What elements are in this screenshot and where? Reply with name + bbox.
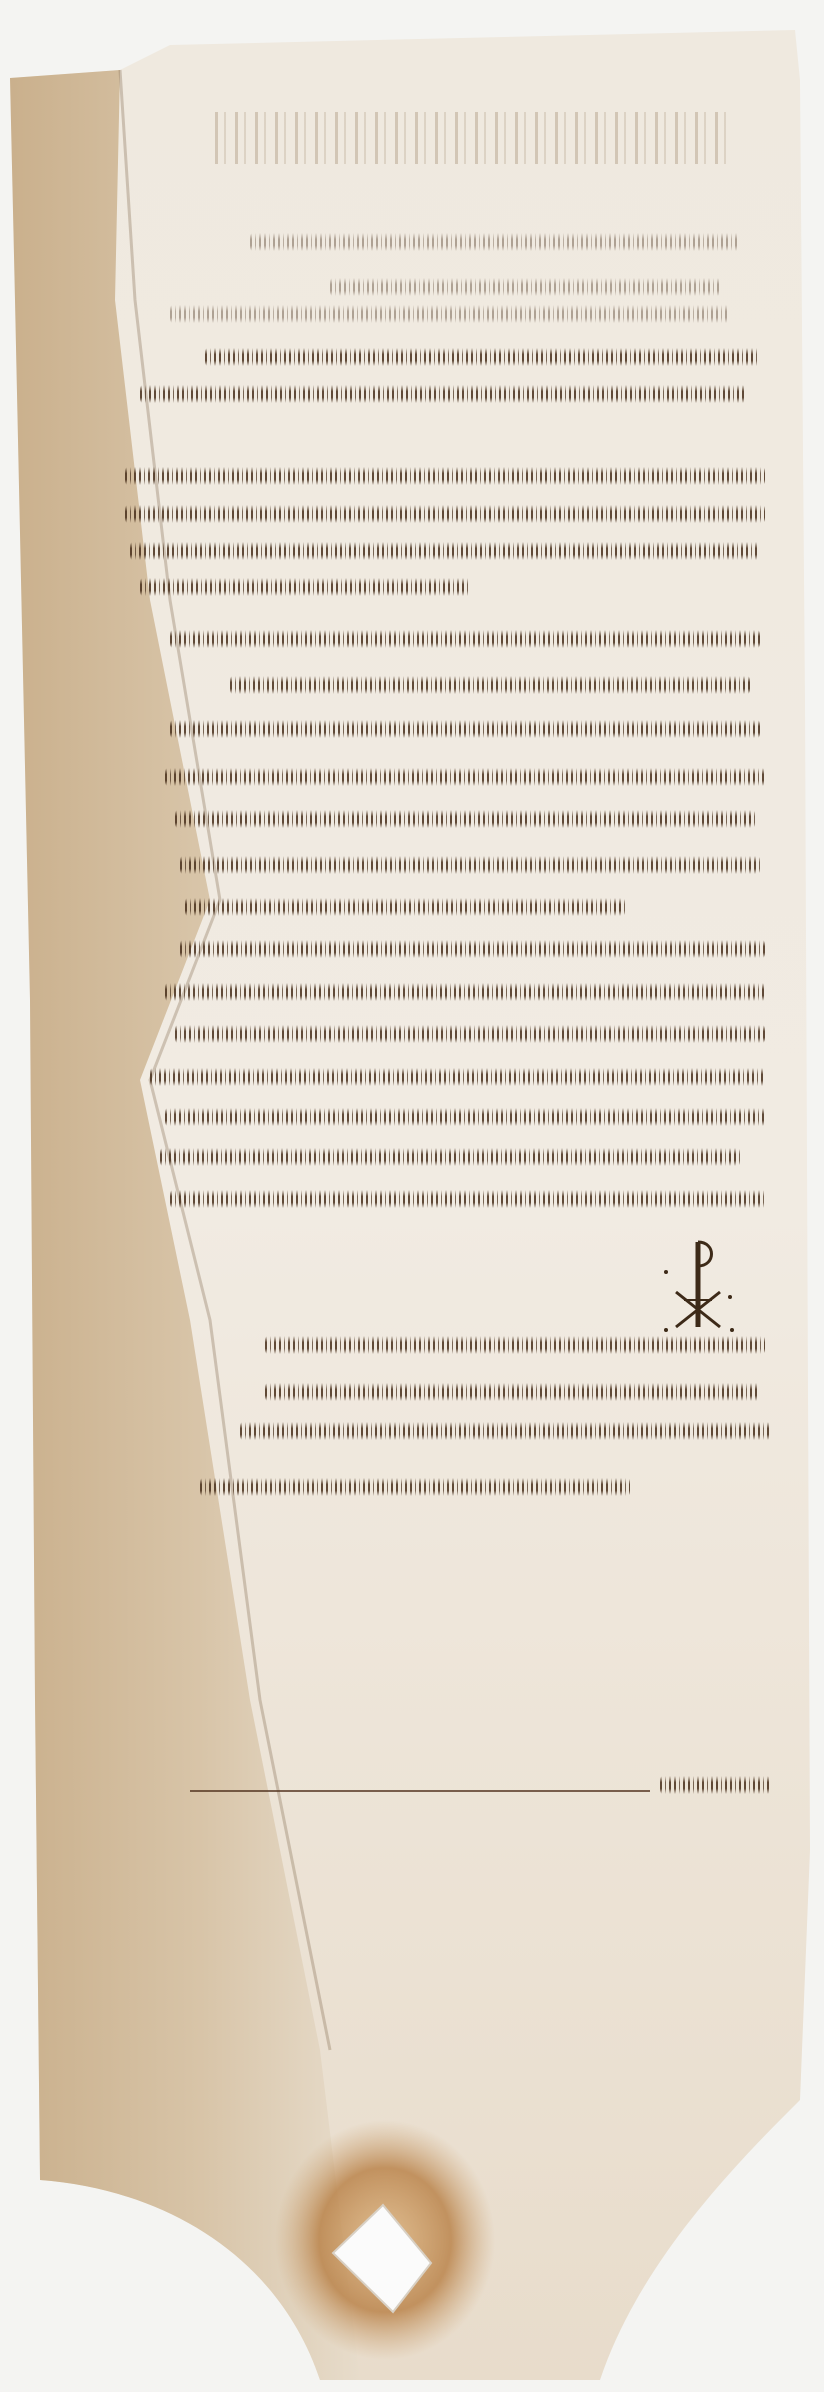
text-line bbox=[150, 1068, 765, 1086]
signature-rule bbox=[190, 1790, 650, 1792]
text-line bbox=[140, 385, 745, 403]
text-line bbox=[160, 1148, 740, 1166]
text-line bbox=[265, 1336, 765, 1354]
text-line bbox=[165, 768, 765, 786]
text-line bbox=[180, 940, 765, 958]
text-line bbox=[205, 348, 760, 366]
heading-script bbox=[215, 112, 735, 164]
text-line bbox=[180, 856, 760, 874]
manuscript-photo bbox=[0, 0, 824, 2392]
text-line bbox=[250, 233, 740, 251]
text-line bbox=[125, 505, 765, 523]
chi-rho-icon bbox=[658, 1232, 738, 1332]
text-line bbox=[265, 1383, 760, 1401]
text-line bbox=[170, 720, 760, 738]
text-line bbox=[165, 1108, 765, 1126]
text-line bbox=[170, 1190, 765, 1208]
text-line bbox=[230, 676, 750, 694]
text-line bbox=[330, 278, 720, 296]
text-line bbox=[130, 542, 760, 560]
text-line bbox=[175, 810, 755, 828]
text-line bbox=[240, 1422, 770, 1440]
text-line bbox=[185, 898, 625, 916]
text-line bbox=[170, 305, 730, 323]
text-line bbox=[125, 467, 765, 485]
signature-mark bbox=[660, 1776, 770, 1794]
text-line bbox=[200, 1478, 630, 1496]
text-line bbox=[175, 1025, 765, 1043]
text-line bbox=[140, 578, 470, 596]
text-line bbox=[165, 983, 765, 1001]
text-line bbox=[170, 630, 760, 648]
